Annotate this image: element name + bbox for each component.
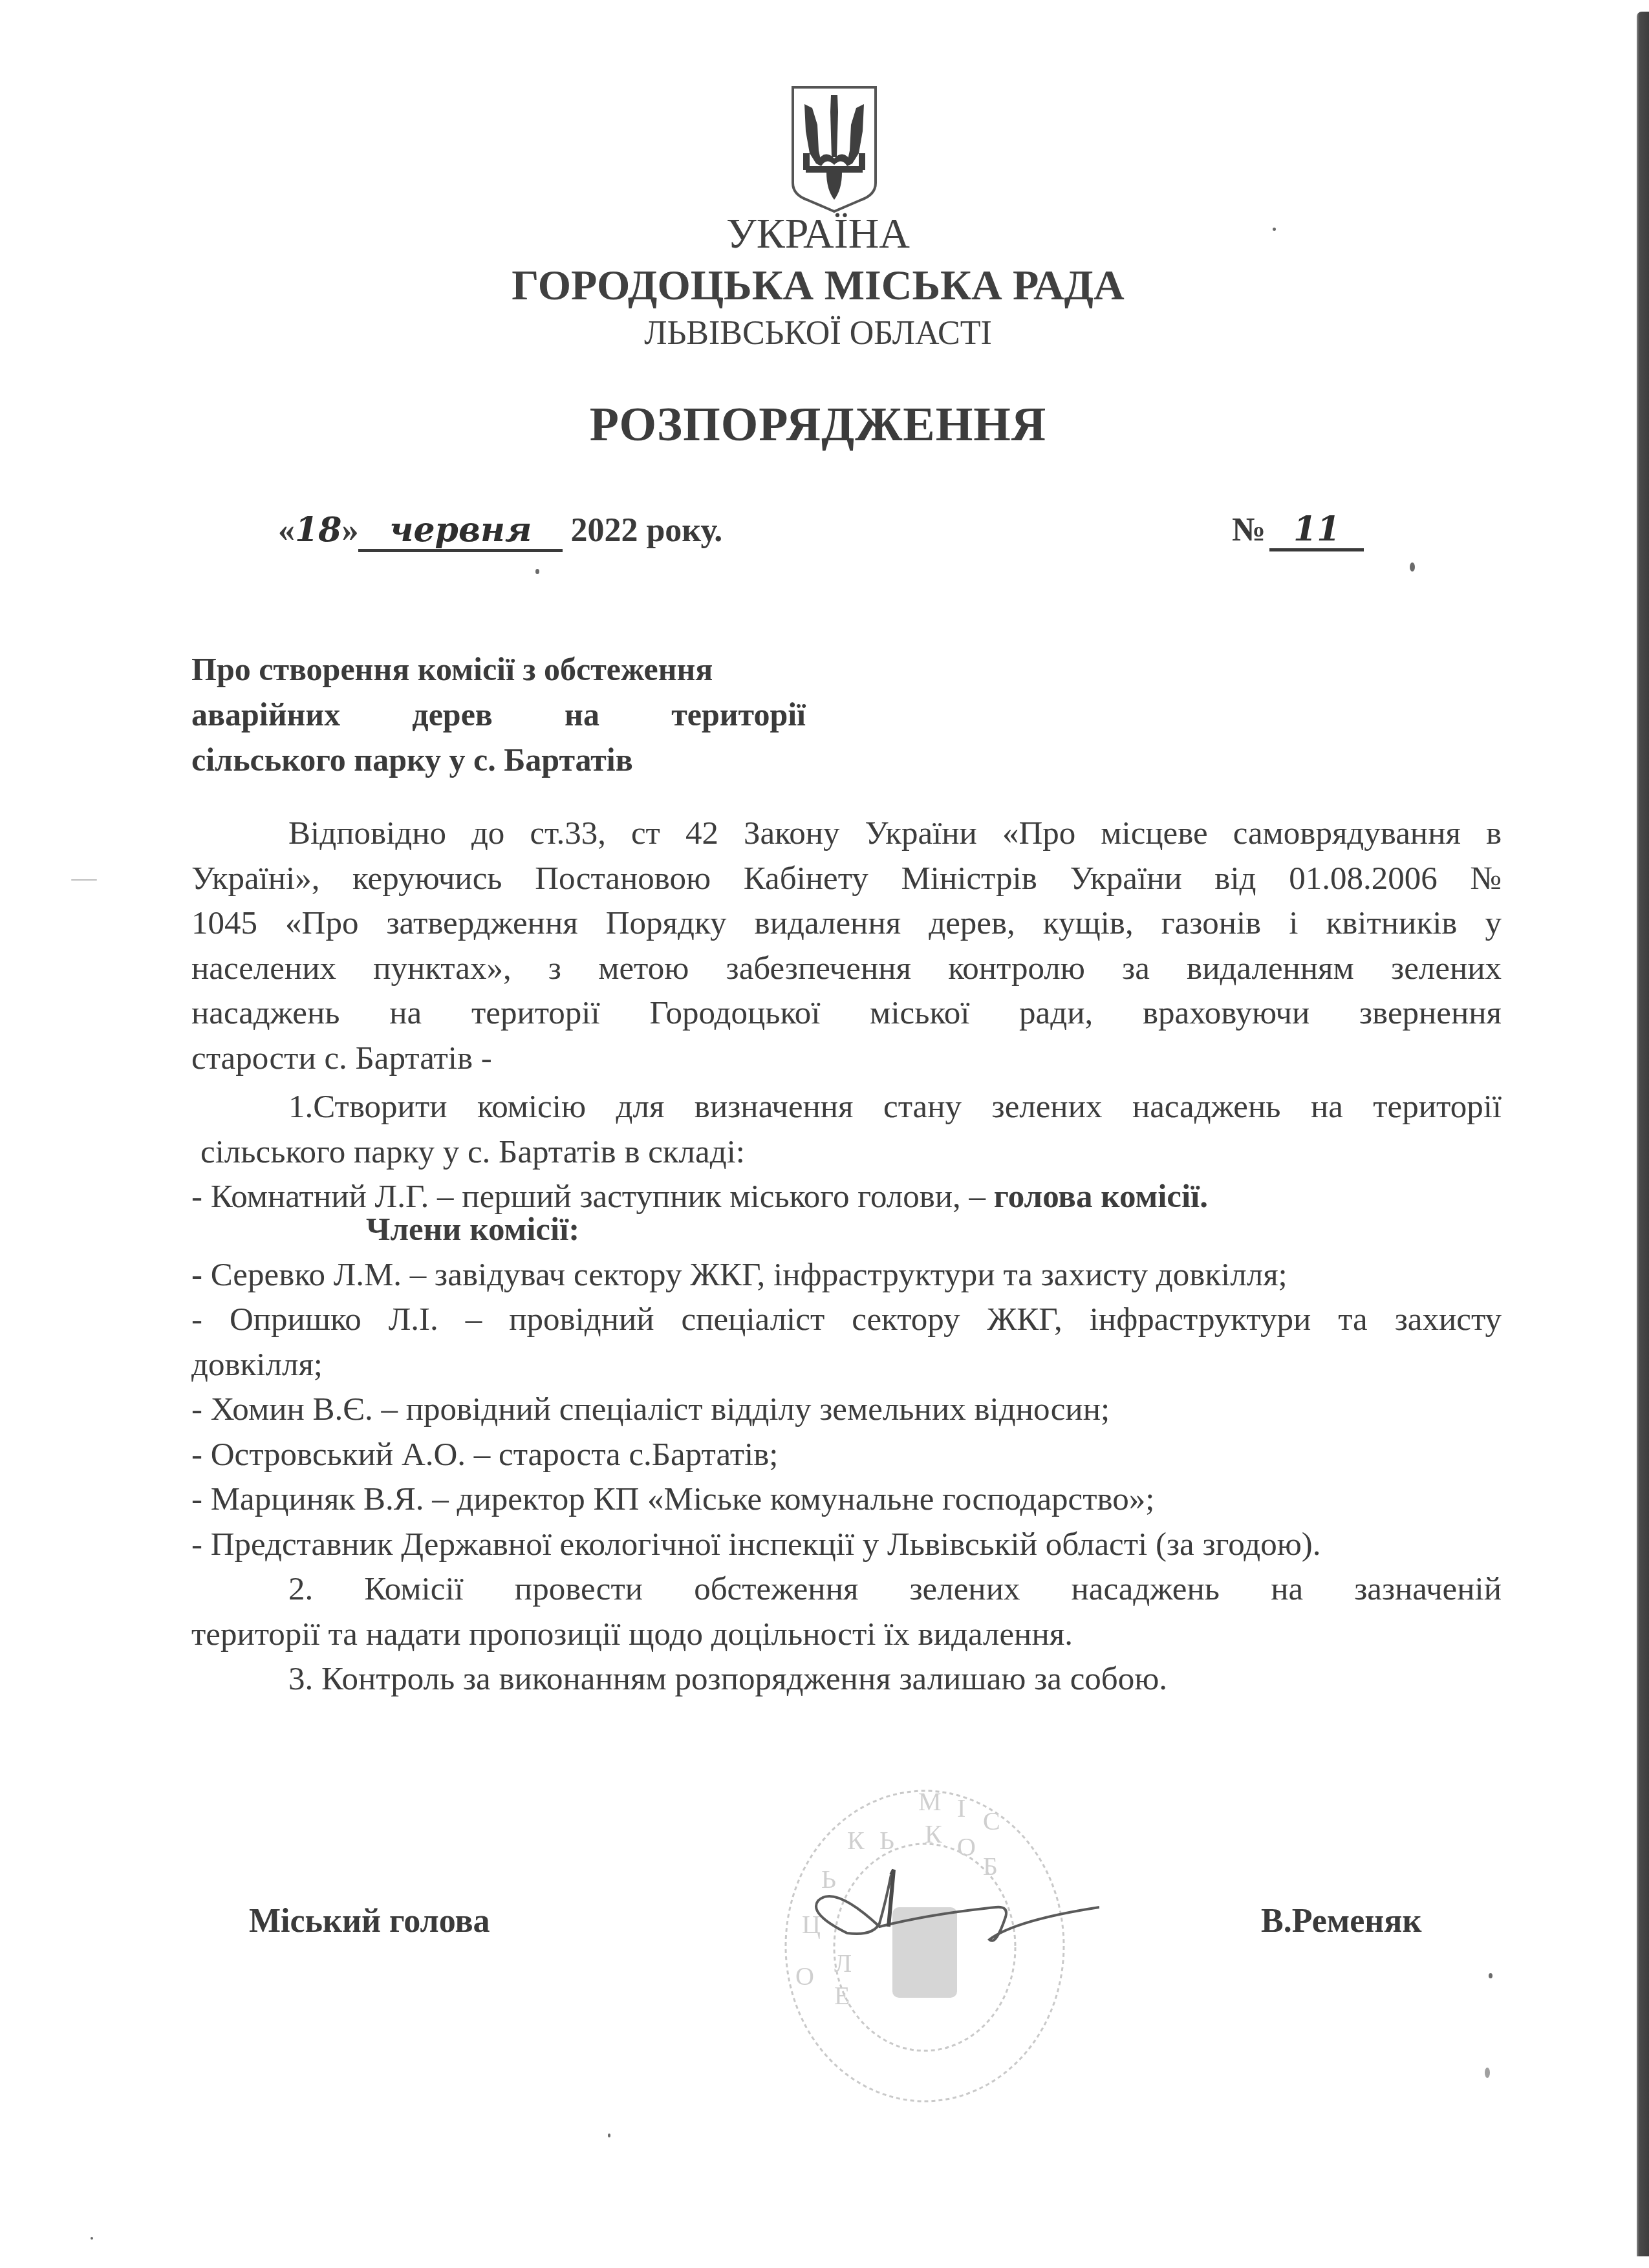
- item-3-line: 3. Контроль за виконанням розпорядження …: [191, 1657, 1502, 1702]
- svg-text:Ь: Ь: [879, 1826, 894, 1855]
- trident-coat-of-arms-icon: [790, 86, 878, 213]
- svg-text:К: К: [847, 1826, 865, 1855]
- item-1-line: сільського парку у с. Бартатів в складі:: [191, 1130, 1502, 1175]
- date-close-quote: »: [341, 512, 358, 549]
- svg-text:О: О: [957, 1832, 976, 1861]
- member-line: - Опришко Л.І. – провідний спеціаліст се…: [191, 1298, 1502, 1343]
- scan-speck: [1273, 228, 1276, 231]
- scan-speck: [91, 2237, 93, 2240]
- signature-scribble-icon: [802, 1862, 1099, 1965]
- preamble-line: Україні», керуючись Постановою Кабінету …: [191, 857, 1502, 902]
- preamble-line: Відповідно до ст.33, ст 42 Закону Україн…: [191, 811, 1502, 857]
- document-type-title: РОЗПОРЯДЖЕННЯ: [0, 396, 1636, 454]
- scan-speck: [535, 569, 539, 574]
- svg-text:О: О: [795, 1962, 814, 1991]
- item-1-paragraph: 1.Створити комісію для визначення стану …: [191, 1085, 1502, 1220]
- preamble-line: населених пунктах», з метою забезпечення…: [191, 947, 1502, 992]
- date-open-quote: «: [278, 512, 295, 549]
- commission-members: Члени комісії: - Серевко Л.М. – завідува…: [191, 1208, 1502, 1702]
- member-line: - Серевко Л.М. – завідувач сектору ЖКГ, …: [191, 1253, 1502, 1298]
- member-line: довкілля;: [191, 1343, 1502, 1388]
- member-line: - Островський А.О. – староста с.Бартатів…: [191, 1433, 1502, 1478]
- member-line: - Представник Державної екологічної інсп…: [191, 1523, 1502, 1568]
- signatory-name: В.Ременяк: [1261, 1901, 1421, 1942]
- number-label: №: [1232, 511, 1266, 548]
- date-day-handwritten: 18: [295, 509, 341, 551]
- scan-speck: [608, 2134, 610, 2137]
- members-heading: Члени комісії:: [191, 1208, 1502, 1253]
- subject-line: Про створення комісії з обстеження: [191, 647, 806, 692]
- document-date: «18»червня2022 року.: [278, 509, 722, 552]
- svg-text:С: С: [983, 1806, 1000, 1835]
- subject-line: аварійних дерев на території: [191, 692, 806, 737]
- document-page: УКРАЇНА ГОРОДОЦЬКА МІСЬКА РАДА ЛЬВІВСЬКО…: [0, 0, 1636, 2268]
- scan-speck: [1485, 2068, 1490, 2078]
- preamble-line: 1045 «Про затвердження Порядку видалення…: [191, 901, 1502, 947]
- scanner-edge-shadow: [1637, 12, 1649, 2256]
- svg-text:К: К: [925, 1819, 942, 1848]
- item-2-line: 2. Комісії провести обстеження зелених н…: [191, 1567, 1502, 1612]
- scan-speck: [71, 879, 97, 881]
- item-1-line: 1.Створити комісію для визначення стану …: [191, 1085, 1502, 1130]
- scan-speck: [1410, 562, 1415, 572]
- date-month-handwritten: червня: [358, 511, 563, 552]
- signatory-title: Міський голова: [249, 1901, 490, 1942]
- council-heading: ГОРОДОЦЬКА МІСЬКА РАДА: [0, 260, 1636, 312]
- item-2-line: території та надати пропозиції щодо доці…: [191, 1612, 1502, 1658]
- member-line: - Марциняк В.Я. – директор КП «Міське ко…: [191, 1477, 1502, 1523]
- country-heading: УКРАЇНА: [0, 208, 1636, 260]
- scan-speck: [1489, 1973, 1493, 1978]
- svg-text:Е: Е: [834, 1981, 850, 2010]
- document-number: №11: [1232, 509, 1364, 551]
- subject-line: сільського парку у с. Бартатів: [191, 737, 806, 782]
- document-subject: Про створення комісії з обстеження аварі…: [191, 647, 806, 782]
- preamble-line: насаджень на території Городоцької міськ…: [191, 991, 1502, 1036]
- member-line: - Хомин В.Є. – провідний спеціаліст відд…: [191, 1387, 1502, 1433]
- svg-text:М: М: [918, 1787, 942, 1816]
- region-heading: ЛЬВІВСЬКОЇ ОБЛАСТІ: [0, 313, 1636, 354]
- number-value-handwritten: 11: [1269, 511, 1364, 551]
- preamble-paragraph: Відповідно до ст.33, ст 42 Закону Україн…: [191, 811, 1502, 1081]
- preamble-line: старости с. Бартатів -: [191, 1036, 1502, 1082]
- date-year: 2022 року.: [570, 512, 722, 549]
- svg-text:І: І: [957, 1793, 965, 1823]
